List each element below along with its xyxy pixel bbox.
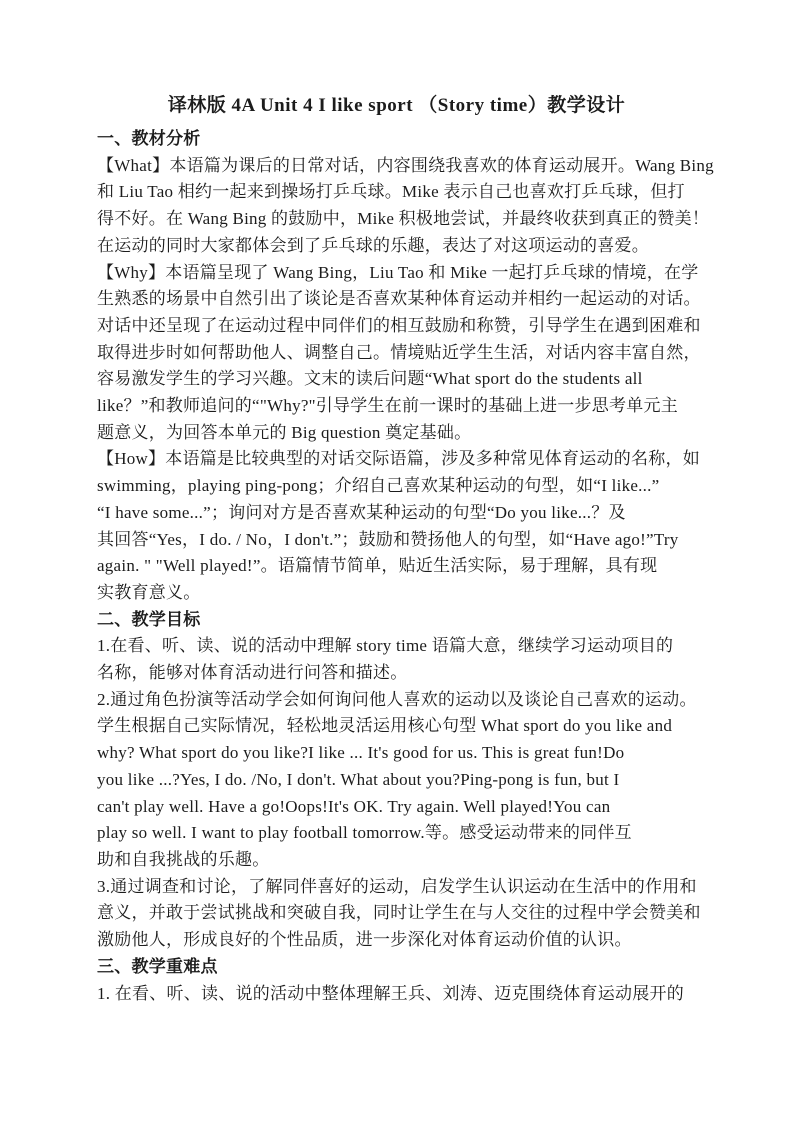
text-line: again. " "Well played!”。语篇情节简单，贴近生活实际，易于… xyxy=(97,553,696,580)
text-line: 【What】本语篇为课后的日常对话，内容围绕我喜欢的体育运动展开。Wang Bi… xyxy=(97,153,696,180)
text-line: 容易激发学生的学习兴趣。文末的读后问题“What sport do the st… xyxy=(97,366,696,393)
text-line: 实教育意义。 xyxy=(97,580,696,607)
text-line: 1. 在看、听、读、说的活动中整体理解王兵、刘涛、迈克围绕体育运动展开的 xyxy=(97,981,696,1008)
text-line: 学生根据自己实际情况，轻松地灵活运用核心句型 What sport do you… xyxy=(97,713,696,740)
text-line: 得不好。在 Wang Bing 的鼓励中，Mike 积极地尝试，并最终收获到真正… xyxy=(97,206,696,233)
text-line: 题意义，为回答本单元的 Big question 奠定基础。 xyxy=(97,420,696,447)
document-page: 译林版 4A Unit 4 I like sport （Story time）教… xyxy=(0,0,793,1122)
section-heading: 一、教材分析 xyxy=(97,126,696,153)
text-line: why? What sport do you like?I like ... I… xyxy=(97,740,696,767)
text-line: play so well. I want to play football to… xyxy=(97,820,696,847)
text-line: 对话中还呈现了在运动过程中同伴们的相互鼓励和称赞，引导学生在遇到困难和 xyxy=(97,313,696,340)
text-line: 2.通过角色扮演等活动学会如何询问他人喜欢的运动以及谈论自己喜欢的运动。 xyxy=(97,687,696,714)
text-line: like？”和教师追问的“"Why?"引导学生在前一课时的基础上进一步思考单元主 xyxy=(97,393,696,420)
text-line: you like ...?Yes, I do. /No, I don't. Wh… xyxy=(97,767,696,794)
text-line: 意义，并敢于尝试挑战和突破自我，同时让学生在与人交往的过程中学会赞美和 xyxy=(97,900,696,927)
section-heading: 二、教学目标 xyxy=(97,607,696,634)
text-line: 取得进步时如何帮助他人、调整自己。情境贴近学生生活，对话内容丰富自然， xyxy=(97,340,696,367)
document-title: 译林版 4A Unit 4 I like sport （Story time）教… xyxy=(97,92,696,119)
text-line: 3.通过调查和讨论，了解同伴喜好的运动，启发学生认识运动在生活中的作用和 xyxy=(97,874,696,901)
text-line: 【How】本语篇是比较典型的对话交际语篇，涉及多种常见体育运动的名称，如 xyxy=(97,446,696,473)
text-line: 其回答“Yes，I do. / No，I don't.”；鼓励和赞扬他人的句型，… xyxy=(97,527,696,554)
text-line: swimming，playing ping-pong；介绍自己喜欢某种运动的句型… xyxy=(97,473,696,500)
text-line: 激励他人，形成良好的个性品质，进一步深化对体育运动价值的认识。 xyxy=(97,927,696,954)
document-body: 一、教材分析【What】本语篇为课后的日常对话，内容围绕我喜欢的体育运动展开。W… xyxy=(97,126,696,1007)
text-line: 生熟悉的场景中自然引出了谈论是否喜欢某种体育运动并相约一起运动的对话。 xyxy=(97,286,696,313)
text-line: 和 Liu Tao 相约一起来到操场打乒乓球。Mike 表示自己也喜欢打乒乓球，… xyxy=(97,179,696,206)
text-line: 【Why】本语篇呈现了 Wang Bing，Liu Tao 和 Mike 一起打… xyxy=(97,260,696,287)
section-heading: 三、教学重难点 xyxy=(97,954,696,981)
text-line: “I have some...”；询问对方是否喜欢某种运动的句型“Do you … xyxy=(97,500,696,527)
text-line: 1.在看、听、读、说的活动中理解 story time 语篇大意，继续学习运动项… xyxy=(97,633,696,660)
text-line: can't play well. Have a go!Oops!It's OK.… xyxy=(97,794,696,821)
text-line: 在运动的同时大家都体会到了乒乓球的乐趣，表达了对这项运动的喜爱。 xyxy=(97,233,696,260)
text-line: 名称，能够对体育活动进行问答和描述。 xyxy=(97,660,696,687)
text-line: 助和自我挑战的乐趣。 xyxy=(97,847,696,874)
